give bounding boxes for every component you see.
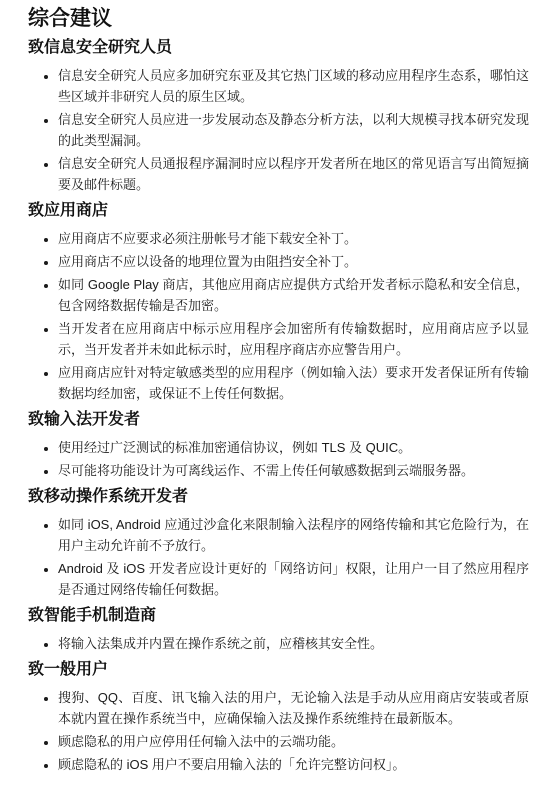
- bullet-list: 使用经过广泛测试的标准加密通信协议，例如 TLS 及 QUIC。 尽可能将功能设…: [28, 437, 529, 481]
- bullet-item: 搜狗、QQ、百度、讯飞输入法的用户，无论输入法是手动从应用商店安装或者原本就内置…: [58, 687, 529, 729]
- bullet-list: 搜狗、QQ、百度、讯飞输入法的用户，无论输入法是手动从应用商店安装或者原本就内置…: [28, 687, 529, 775]
- bullet-item: 将输入法集成并内置在操作系统之前，应稽核其安全性。: [58, 633, 529, 654]
- section-heading: 致应用商店: [28, 201, 529, 220]
- section-security-researchers: 致信息安全研究人员 信息安全研究人员应多加研究东亚及其它热门区域的移动应用程序生…: [28, 38, 529, 195]
- bullet-item: 顾虑隐私的 iOS 用户不要启用输入法的「允许完整访问权」。: [58, 754, 529, 775]
- bullet-item: 信息安全研究人员通报程序漏洞时应以程序开发者所在地区的常见语言写出简短摘要及邮件…: [58, 153, 529, 195]
- bullet-list: 如同 iOS, Android 应通过沙盒化来限制输入法程序的网络传输和其它危险…: [28, 514, 529, 600]
- document-page: 综合建议 致信息安全研究人员 信息安全研究人员应多加研究东亚及其它热门区域的移动…: [28, 6, 529, 775]
- bullet-item: Android 及 iOS 开发者应设计更好的「网络访问」权限，让用户一目了然应…: [58, 558, 529, 600]
- bullet-item: 信息安全研究人员应多加研究东亚及其它热门区域的移动应用程序生态系，哪怕这些区域并…: [58, 65, 529, 107]
- section-mobile-os-developers: 致移动操作系统开发者 如同 iOS, Android 应通过沙盒化来限制输入法程…: [28, 487, 529, 600]
- bullet-item: 如同 iOS, Android 应通过沙盒化来限制输入法程序的网络传输和其它危险…: [58, 514, 529, 556]
- section-heading: 致信息安全研究人员: [28, 38, 529, 57]
- bullet-list: 信息安全研究人员应多加研究东亚及其它热门区域的移动应用程序生态系，哪怕这些区域并…: [28, 65, 529, 195]
- bullet-item: 应用商店不应要求必须注册帐号才能下载安全补丁。: [58, 228, 529, 249]
- bullet-item: 当开发者在应用商店中标示应用程序会加密所有传输数据时，应用商店应予以显示，当开发…: [58, 318, 529, 360]
- section-heading: 致一般用户: [28, 660, 529, 679]
- section-app-stores: 致应用商店 应用商店不应要求必须注册帐号才能下载安全补丁。 应用商店不应以设备的…: [28, 201, 529, 404]
- bullet-item: 应用商店应针对特定敏感类型的应用程序（例如输入法）要求开发者保证所有传输数据均经…: [58, 362, 529, 404]
- bullet-item: 顾虑隐私的用户应停用任何输入法中的云端功能。: [58, 731, 529, 752]
- bullet-item: 尽可能将功能设计为可离线运作、不需上传任何敏感数据到云端服务器。: [58, 460, 529, 481]
- section-ime-developers: 致输入法开发者 使用经过广泛测试的标准加密通信协议，例如 TLS 及 QUIC。…: [28, 410, 529, 481]
- bullet-item: 信息安全研究人员应进一步发展动态及静态分析方法，以利大规模寻找本研究发现的此类型…: [58, 109, 529, 151]
- bullet-list: 应用商店不应要求必须注册帐号才能下载安全补丁。 应用商店不应以设备的地理位置为由…: [28, 228, 529, 404]
- bullet-item: 应用商店不应以设备的地理位置为由阻挡安全补丁。: [58, 251, 529, 272]
- bullet-list: 将输入法集成并内置在操作系统之前，应稽核其安全性。: [28, 633, 529, 654]
- section-heading: 致输入法开发者: [28, 410, 529, 429]
- section-heading: 致智能手机制造商: [28, 606, 529, 625]
- section-smartphone-manufacturers: 致智能手机制造商 将输入法集成并内置在操作系统之前，应稽核其安全性。: [28, 606, 529, 654]
- page-title: 综合建议: [28, 6, 529, 32]
- bullet-item: 使用经过广泛测试的标准加密通信协议，例如 TLS 及 QUIC。: [58, 437, 529, 458]
- section-general-users: 致一般用户 搜狗、QQ、百度、讯飞输入法的用户，无论输入法是手动从应用商店安装或…: [28, 660, 529, 775]
- bullet-item: 如同 Google Play 商店，其他应用商店应提供方式给开发者标示隐私和安全…: [58, 274, 529, 316]
- section-heading: 致移动操作系统开发者: [28, 487, 529, 506]
